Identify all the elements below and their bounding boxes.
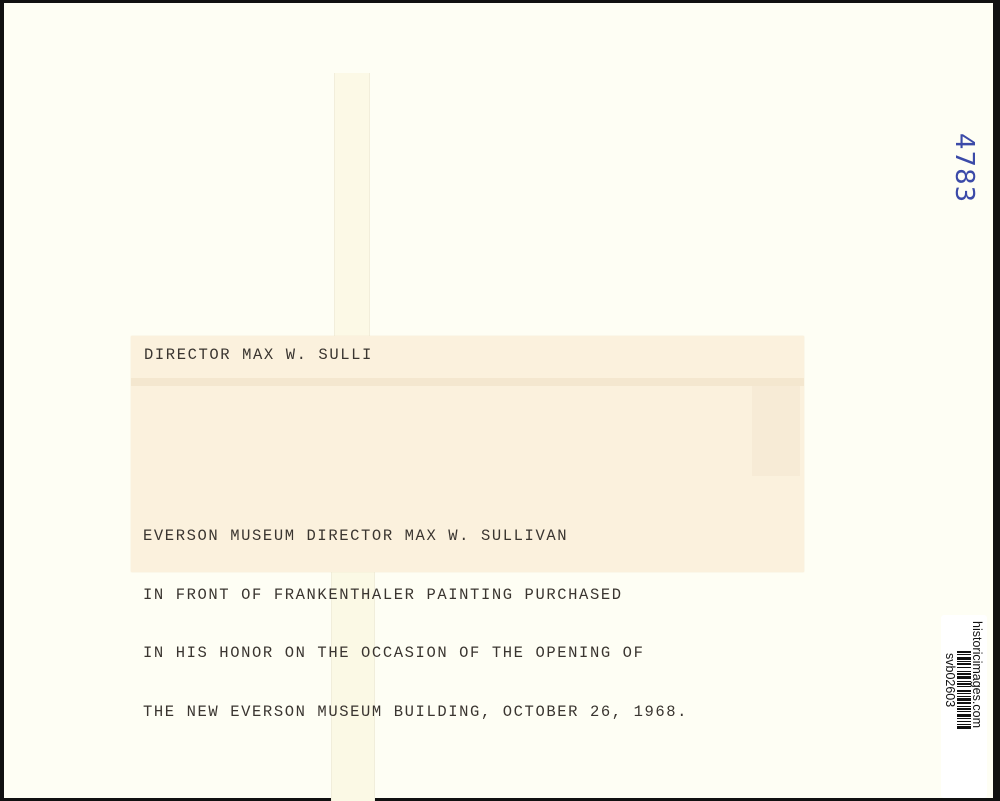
caption-line: THE NEW EVERSON MUSEUM BUILDING, OCTOBER… <box>143 703 688 723</box>
clipping-stain <box>752 386 800 476</box>
caption-line: EVERSON MUSEUM DIRECTOR MAX W. SULLIVAN <box>143 527 688 547</box>
caption-line: IN HIS HONOR ON THE OCCASION OF THE OPEN… <box>143 644 688 664</box>
barcode-label: historicimages.com svb02603 <box>941 615 987 798</box>
press-clipping: DIRECTOR MAX W. SULLI EVERSON MUSEUM DIR… <box>131 336 804 572</box>
caption-line: IN FRONT OF FRANKENTHALER PAINTING PURCH… <box>143 586 688 606</box>
photo-frame: DIRECTOR MAX W. SULLI EVERSON MUSEUM DIR… <box>0 0 1000 801</box>
clipping-fold <box>131 378 804 386</box>
barcode-icon <box>957 651 971 793</box>
barcode-site-text: historicimages.com <box>970 621 984 728</box>
photo-back: DIRECTOR MAX W. SULLI EVERSON MUSEUM DIR… <box>4 3 993 798</box>
clipping-caption: EVERSON MUSEUM DIRECTOR MAX W. SULLIVAN … <box>143 488 688 761</box>
barcode-id-text: svb02603 <box>943 653 957 707</box>
tape-strip-top <box>334 73 370 343</box>
clipping-headline: DIRECTOR MAX W. SULLI <box>144 346 373 364</box>
handwritten-number: 4783 <box>949 133 979 203</box>
